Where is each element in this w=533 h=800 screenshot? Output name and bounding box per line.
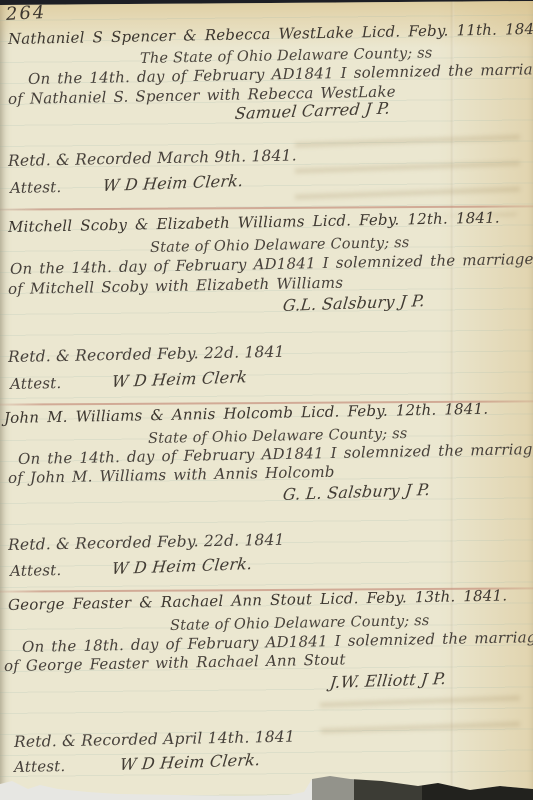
recorded-line: Retd. & Recorded Feby. 22d. 1841	[8, 531, 285, 554]
officiant-signature: G.L. Salsbury J P.	[282, 291, 426, 315]
couple-line: of Mitchell Scoby with Elizabeth William…	[8, 274, 344, 298]
recorded-line: Retd. & Recorded April 14th. 1841	[14, 728, 295, 751]
officiant-signature: Samuel Carred J P.	[234, 99, 391, 123]
recorded-line: Retd. & Recorded March 9th. 1841.	[8, 146, 297, 170]
recorded-line: Retd. & Recorded Feby. 22d. 1841	[8, 343, 285, 366]
attest-label: Attest.	[10, 561, 62, 580]
ink-bleedthrough	[295, 128, 520, 216]
clerk-signature: W D Heim Clerk.	[102, 171, 244, 195]
clerk-signature: W D Heim Clerk	[111, 367, 248, 391]
page-number: 264	[5, 2, 46, 25]
attest-label: Attest.	[14, 757, 66, 776]
clerk-signature: W D Heim Clerk.	[119, 750, 261, 774]
clerk-signature: W D Heim Clerk.	[111, 554, 253, 578]
officiant-signature: G. L. Salsbury J P.	[282, 480, 431, 504]
record-header: Mitchell Scoby & Elizabeth Williams Licd…	[8, 209, 500, 236]
photographed-ledger-page: 264 Nathaniel S Spencer & Rebecca WestLa…	[0, 0, 533, 800]
ledger-paper: 264 Nathaniel S Spencer & Rebecca WestLa…	[0, 0, 533, 800]
attest-label: Attest.	[10, 178, 62, 197]
attest-label: Attest.	[10, 374, 62, 393]
ink-bleedthrough	[320, 688, 520, 736]
